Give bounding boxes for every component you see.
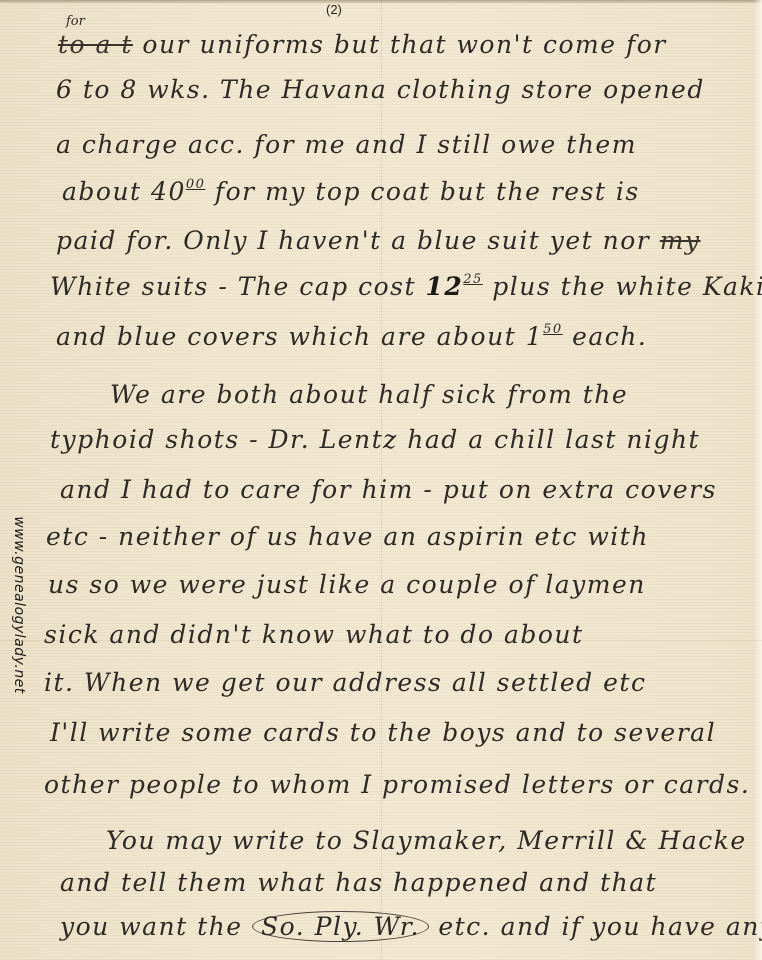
letter-line-3: a charge acc. for me and I still owe the… bbox=[56, 130, 637, 159]
watermark-text: www.genealogylady.net bbox=[11, 516, 27, 694]
inserted-word: for bbox=[66, 14, 85, 29]
paper-right-edge bbox=[754, 0, 762, 960]
struck-text: to a t bbox=[58, 30, 133, 59]
line-text: our uniforms but that won't come for bbox=[142, 30, 666, 59]
letter-line-16: other people to whom I promised letters … bbox=[44, 770, 750, 799]
amount-text: about 40 bbox=[62, 177, 186, 206]
letter-line-8: We are both about half sick from the bbox=[110, 380, 628, 409]
cap-price-cents: 25 bbox=[463, 272, 483, 287]
letter-line-7: and blue covers which are about 150 each… bbox=[56, 322, 647, 351]
cap-price: 12 bbox=[425, 272, 463, 301]
line-text: You may write to Slaymaker, Merrill & Ha… bbox=[106, 826, 747, 855]
letter-line-15: I'll write some cards to the boys and to… bbox=[50, 718, 716, 747]
line-text: other people to whom I promised letters … bbox=[44, 770, 750, 799]
line-text: plus the white Kakis bbox=[492, 272, 762, 301]
letter-line-6: White suits - The cap cost 1225 plus the… bbox=[50, 272, 762, 301]
line-prefix: and blue covers which are about 1 bbox=[56, 322, 543, 351]
letter-line-4: about 4000 for my top coat but the rest … bbox=[62, 177, 640, 206]
letter-line-19: you want the So. Ply. Wr. etc. and if yo… bbox=[60, 912, 762, 941]
letter-line-5: paid for. Only I haven't a blue suit yet… bbox=[56, 226, 701, 255]
line-text: and I had to care for him - put on extra… bbox=[60, 475, 717, 504]
line-prefix: you want the bbox=[60, 912, 252, 941]
line-text: etc. and if you have any bbox=[438, 912, 762, 941]
amount-cents: 00 bbox=[186, 177, 206, 192]
line-text: I'll write some cards to the boys and to… bbox=[50, 718, 716, 747]
letter-line-18: and tell them what has happened and that bbox=[60, 868, 657, 897]
watermark: www.genealogylady.net bbox=[4, 490, 34, 720]
price-cents: 50 bbox=[543, 322, 563, 337]
line-text: typhoid shots - Dr. Lentz had a chill la… bbox=[50, 425, 700, 454]
letter-line-17: You may write to Slaymaker, Merrill & Ha… bbox=[106, 826, 747, 855]
line-text: and tell them what has happened and that bbox=[60, 868, 657, 897]
letter-line-2: 6 to 8 wks. The Havana clothing store op… bbox=[56, 75, 705, 104]
line-prefix: White suits - The cap cost bbox=[50, 272, 425, 301]
line-text: a charge acc. for me and I still owe the… bbox=[56, 130, 637, 159]
circled-abbreviation: So. Ply. Wr. bbox=[252, 911, 429, 942]
letter-line-12: us so we were just like a couple of laym… bbox=[48, 570, 646, 599]
line-text: it. When we get our address all settled … bbox=[44, 668, 646, 697]
line-text: for my top coat but the rest is bbox=[215, 177, 640, 206]
letter-line-14: it. When we get our address all settled … bbox=[44, 668, 646, 697]
line-text: We are both about half sick from the bbox=[110, 380, 628, 409]
line-text: each. bbox=[572, 322, 647, 351]
line-text: paid for. Only I haven't a blue suit yet… bbox=[56, 226, 650, 255]
letter-line-1: to a t our uniforms but that won't come … bbox=[58, 30, 667, 59]
line-text: 6 to 8 wks. The Havana clothing store op… bbox=[56, 75, 705, 104]
line-text: etc - neither of us have an aspirin etc … bbox=[46, 522, 649, 551]
letter-line-13: sick and didn't know what to do about bbox=[44, 620, 584, 649]
line-text: us so we were just like a couple of laym… bbox=[48, 570, 646, 599]
letter-page: (2) www.genealogylady.net for to a t our… bbox=[0, 0, 762, 960]
line-text: sick and didn't know what to do about bbox=[44, 620, 584, 649]
letter-line-9: typhoid shots - Dr. Lentz had a chill la… bbox=[50, 425, 700, 454]
struck-text: my bbox=[660, 226, 701, 255]
letter-line-11: etc - neither of us have an aspirin etc … bbox=[46, 522, 649, 551]
page-number: (2) bbox=[326, 2, 342, 17]
letter-line-10: and I had to care for him - put on extra… bbox=[60, 475, 717, 504]
